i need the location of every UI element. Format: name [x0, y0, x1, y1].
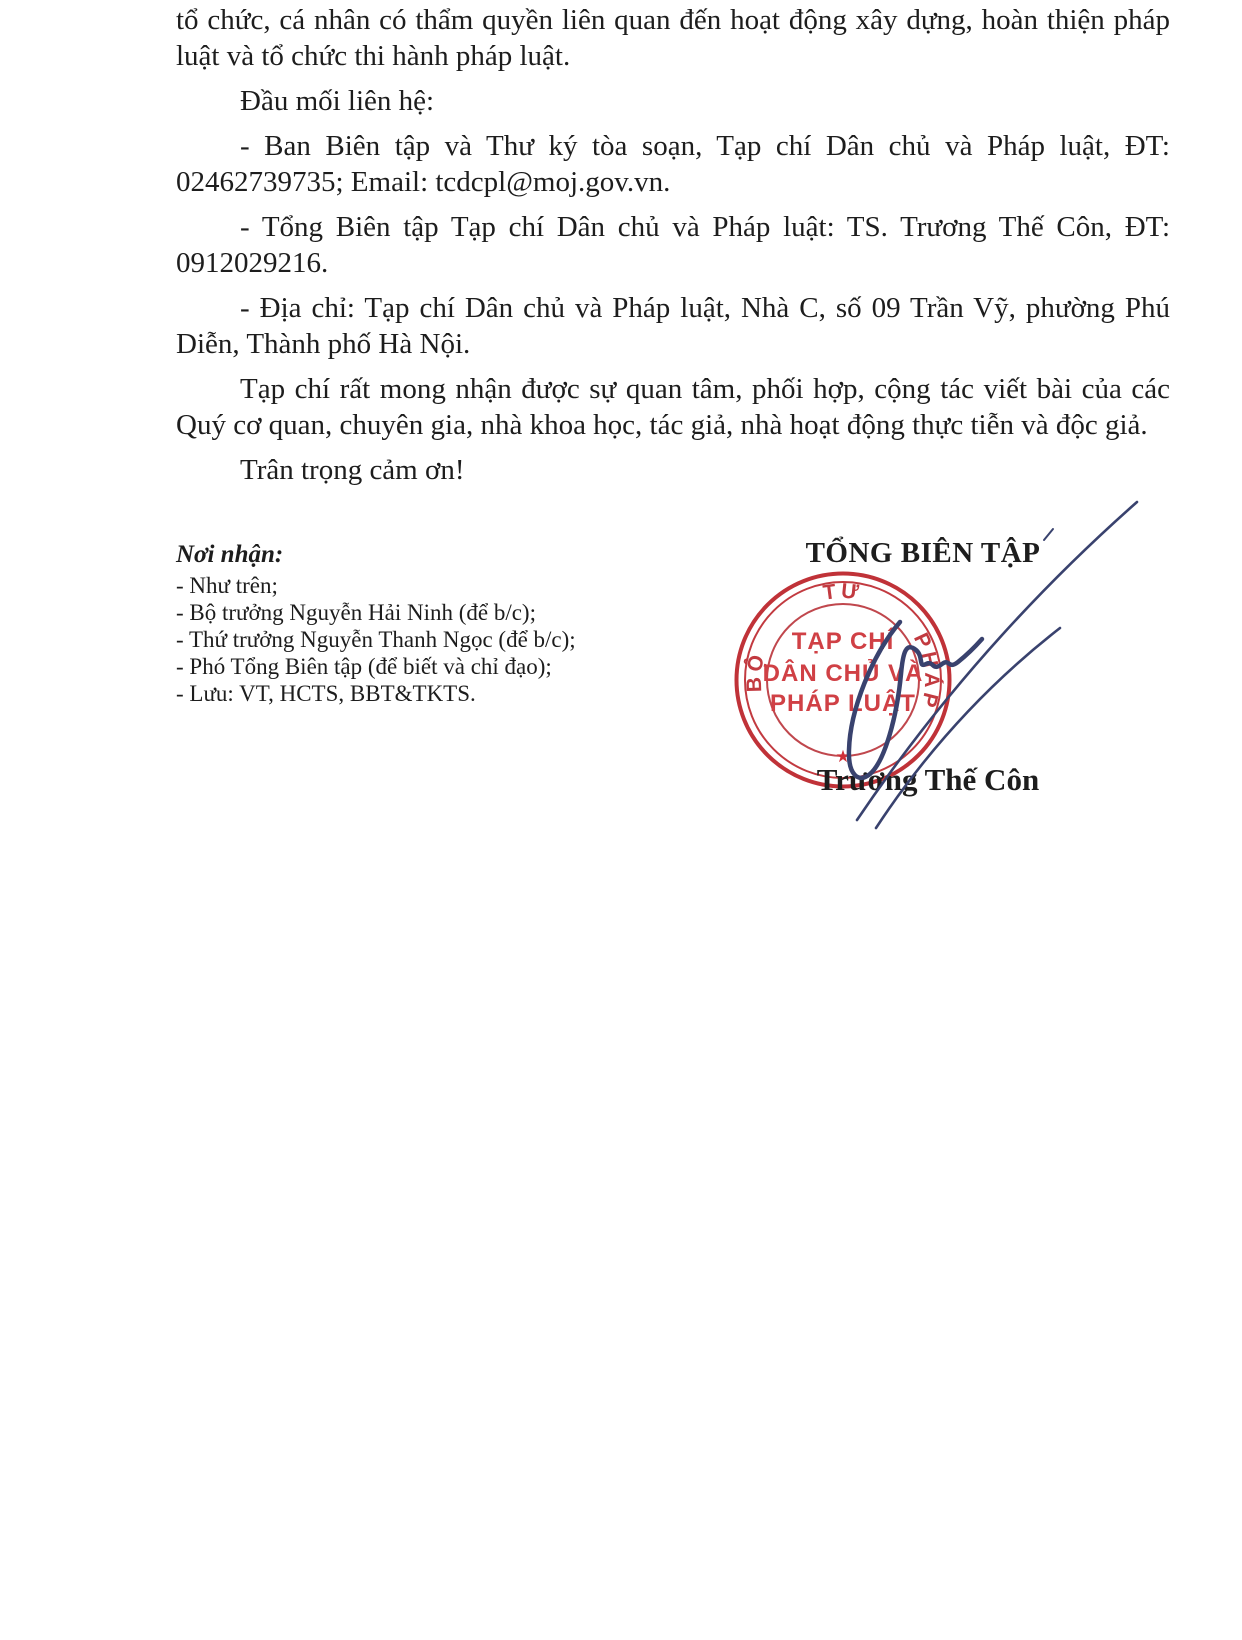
body-text: tổ chức, cá nhân có thẩm quyền liên quan…: [176, 0, 1170, 497]
recipient-item: - Bộ trưởng Nguyễn Hải Ninh (để b/c);: [176, 599, 646, 626]
paragraph: tổ chức, cá nhân có thẩm quyền liên quan…: [176, 2, 1170, 74]
signature-tick: [1044, 529, 1053, 540]
document-page: tổ chức, cá nhân có thẩm quyền liên quan…: [0, 0, 1242, 1640]
paragraph: - Ban Biên tập và Thư ký tòa soạn, Tạp c…: [176, 128, 1170, 200]
paragraph: - Địa chỉ: Tạp chí Dân chủ và Pháp luật,…: [176, 290, 1170, 362]
paragraph: - Tổng Biên tập Tạp chí Dân chủ và Pháp …: [176, 209, 1170, 281]
recipient-item: - Lưu: VT, HCTS, BBT&TKTS.: [176, 680, 646, 707]
signature: [760, 460, 1180, 860]
paragraph: Tạp chí rất mong nhận được sự quan tâm, …: [176, 371, 1170, 443]
recipient-item: - Như trên;: [176, 572, 646, 599]
paragraph: Đầu mối liên hệ:: [176, 83, 1170, 119]
signature-strokes: [760, 460, 1180, 860]
signature-flourish: [849, 622, 982, 778]
recipients-list: - Như trên; - Bộ trưởng Nguyễn Hải Ninh …: [176, 572, 646, 707]
recipient-item: - Phó Tổng Biên tập (để biết và chỉ đạo)…: [176, 653, 646, 680]
signature-stroke-long: [857, 502, 1137, 820]
recipient-item: - Thứ trưởng Nguyễn Thanh Ngọc (để b/c);: [176, 626, 646, 653]
recipients-heading: Nơi nhận:: [176, 540, 646, 570]
recipients-block: Nơi nhận: - Như trên; - Bộ trưởng Nguyễn…: [176, 540, 646, 707]
